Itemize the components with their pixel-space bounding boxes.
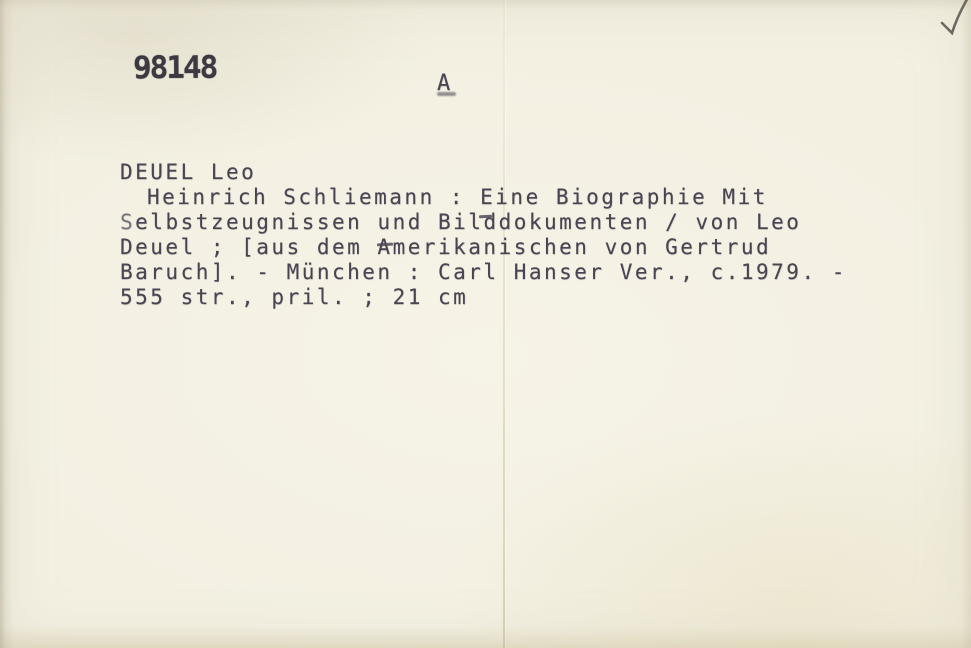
overstrike-mark	[479, 215, 492, 218]
entry-line: 555 str., pril. ; 21 cm	[120, 285, 847, 310]
entry-line: DEUEL Leo	[120, 160, 847, 185]
checkmark-icon	[924, 0, 971, 42]
catalog-card: 98148 A DEUEL Leo Heinrich Schliemann : …	[0, 0, 971, 648]
bibliographic-entry: DEUEL Leo Heinrich Schliemann : Eine Bio…	[120, 160, 847, 310]
entry-line: Baruch]. - München : Carl Hanser Ver., c…	[120, 260, 847, 285]
entry-line: Deuel ; [aus dem Amerikanischen von Gert…	[120, 235, 847, 260]
accession-number: 98148	[133, 50, 217, 87]
entry-line: Heinrich Schliemann : Eine Biographie Mi…	[120, 185, 847, 210]
entry-line: Selbstzeugnissen und Bilddokumenten / vo…	[120, 210, 847, 235]
card-crease-line	[503, 0, 505, 648]
ink-smudge	[437, 92, 456, 96]
